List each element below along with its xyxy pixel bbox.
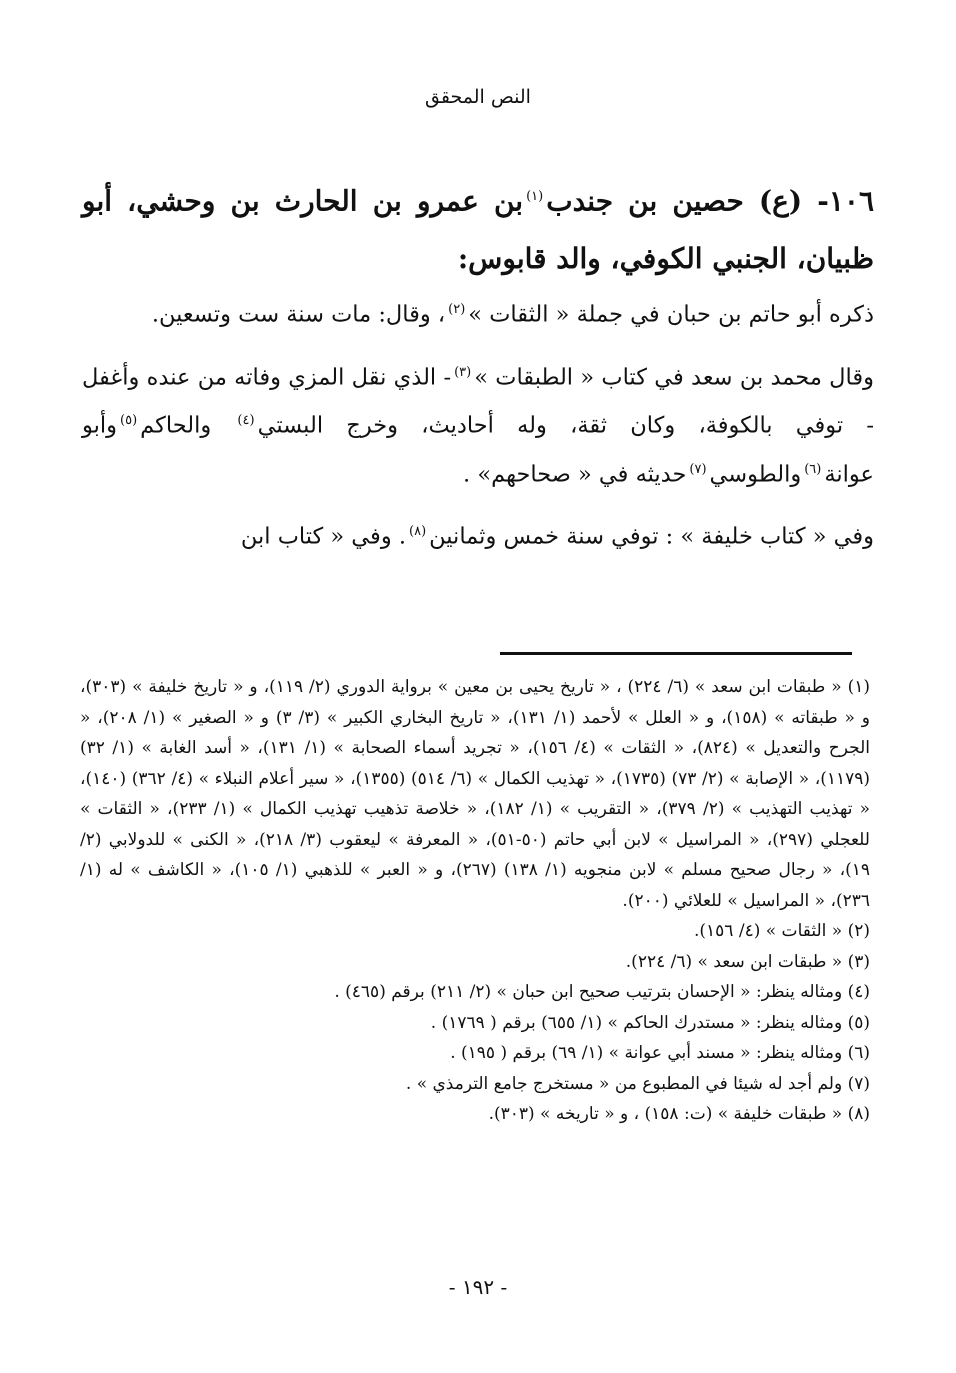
footnote-ref[interactable]: (٨)	[406, 524, 429, 539]
entry-heading-part1: ١٠٦- (ع) حصين بن جندب	[546, 184, 874, 217]
footnote-ref[interactable]: (٦)	[801, 462, 824, 477]
paragraph-ibn-saad: وقال محمد بن سعد في كتاب « الطبقات »(٣)-…	[82, 351, 874, 497]
running-head: النص المحقق	[0, 86, 956, 108]
footnote-ref[interactable]: (٤)	[234, 413, 257, 428]
footnote-ref[interactable]: (٧)	[686, 462, 709, 477]
text-run: ، وقال: مات سنة ست وتسعين.	[152, 302, 445, 328]
footnote-ref[interactable]: (٥)	[117, 413, 140, 428]
footnote-ref[interactable]: (٣)	[451, 365, 474, 380]
paragraph-khalifa: وفي « كتاب خليفة » : توفي سنة خمس وثماني…	[82, 510, 874, 559]
footnote-2: (٢) « الثقات » (٤/ ١٥٦).	[80, 916, 870, 947]
footnote-separator	[500, 652, 852, 655]
footnote-ref[interactable]: (١)	[523, 189, 546, 204]
text-run: وقال محمد بن سعد في كتاب « الطبقات »	[474, 364, 874, 390]
book-page: النص المحقق ١٠٦- (ع) حصين بن جندب(١)بن ع…	[0, 0, 956, 1373]
footnote-3: (٣) « طبقات ابن سعد » (٦/ ٢٢٤).	[80, 947, 870, 978]
text-run: . وفي « كتاب ابن	[241, 524, 406, 550]
footnote-ref[interactable]: (٢)	[445, 302, 468, 317]
page-number: - ١٩٢ -	[0, 1275, 956, 1299]
text-run: ذكره أبو حاتم بن حبان في جملة « الثقات »	[468, 302, 874, 328]
paragraph-ibn-hibban: ذكره أبو حاتم بن حبان في جملة « الثقات »…	[82, 288, 874, 337]
footnote-8: (٨) « طبقات خليفة » (ت: ١٥٨) ، و « تاريخ…	[80, 1099, 870, 1130]
footnote-7: (٧) ولم أجد له شيئا في المطبوع من « مستخ…	[80, 1069, 870, 1100]
entry-heading: ١٠٦- (ع) حصين بن جندب(١)بن عمرو بن الحار…	[82, 168, 874, 288]
main-text: ١٠٦- (ع) حصين بن جندب(١)بن عمرو بن الحار…	[82, 168, 874, 573]
text-run: حديثه في « صحاحهم» .	[463, 461, 686, 487]
footnote-4: (٤) ومثاله ينظر: « الإحسان بترتيب صحيح ا…	[80, 977, 870, 1008]
footnote-6: (٦) ومثاله ينظر: « مسند أبي عوانة » (١/ …	[80, 1038, 870, 1069]
text-run: وفي « كتاب خليفة » : توفي سنة خمس وثماني…	[429, 524, 874, 550]
text-run: والحاكم	[140, 413, 211, 439]
footnote-1: (١) « طبقات ابن سعد » (٦/ ٢٢٤) ، « تاريخ…	[80, 672, 870, 916]
text-run: والطوسي	[710, 461, 802, 487]
footnotes: (١) « طبقات ابن سعد » (٦/ ٢٢٤) ، « تاريخ…	[80, 672, 870, 1130]
footnote-5: (٥) ومثاله ينظر: « مستدرك الحاكم » (١/ ٦…	[80, 1008, 870, 1039]
